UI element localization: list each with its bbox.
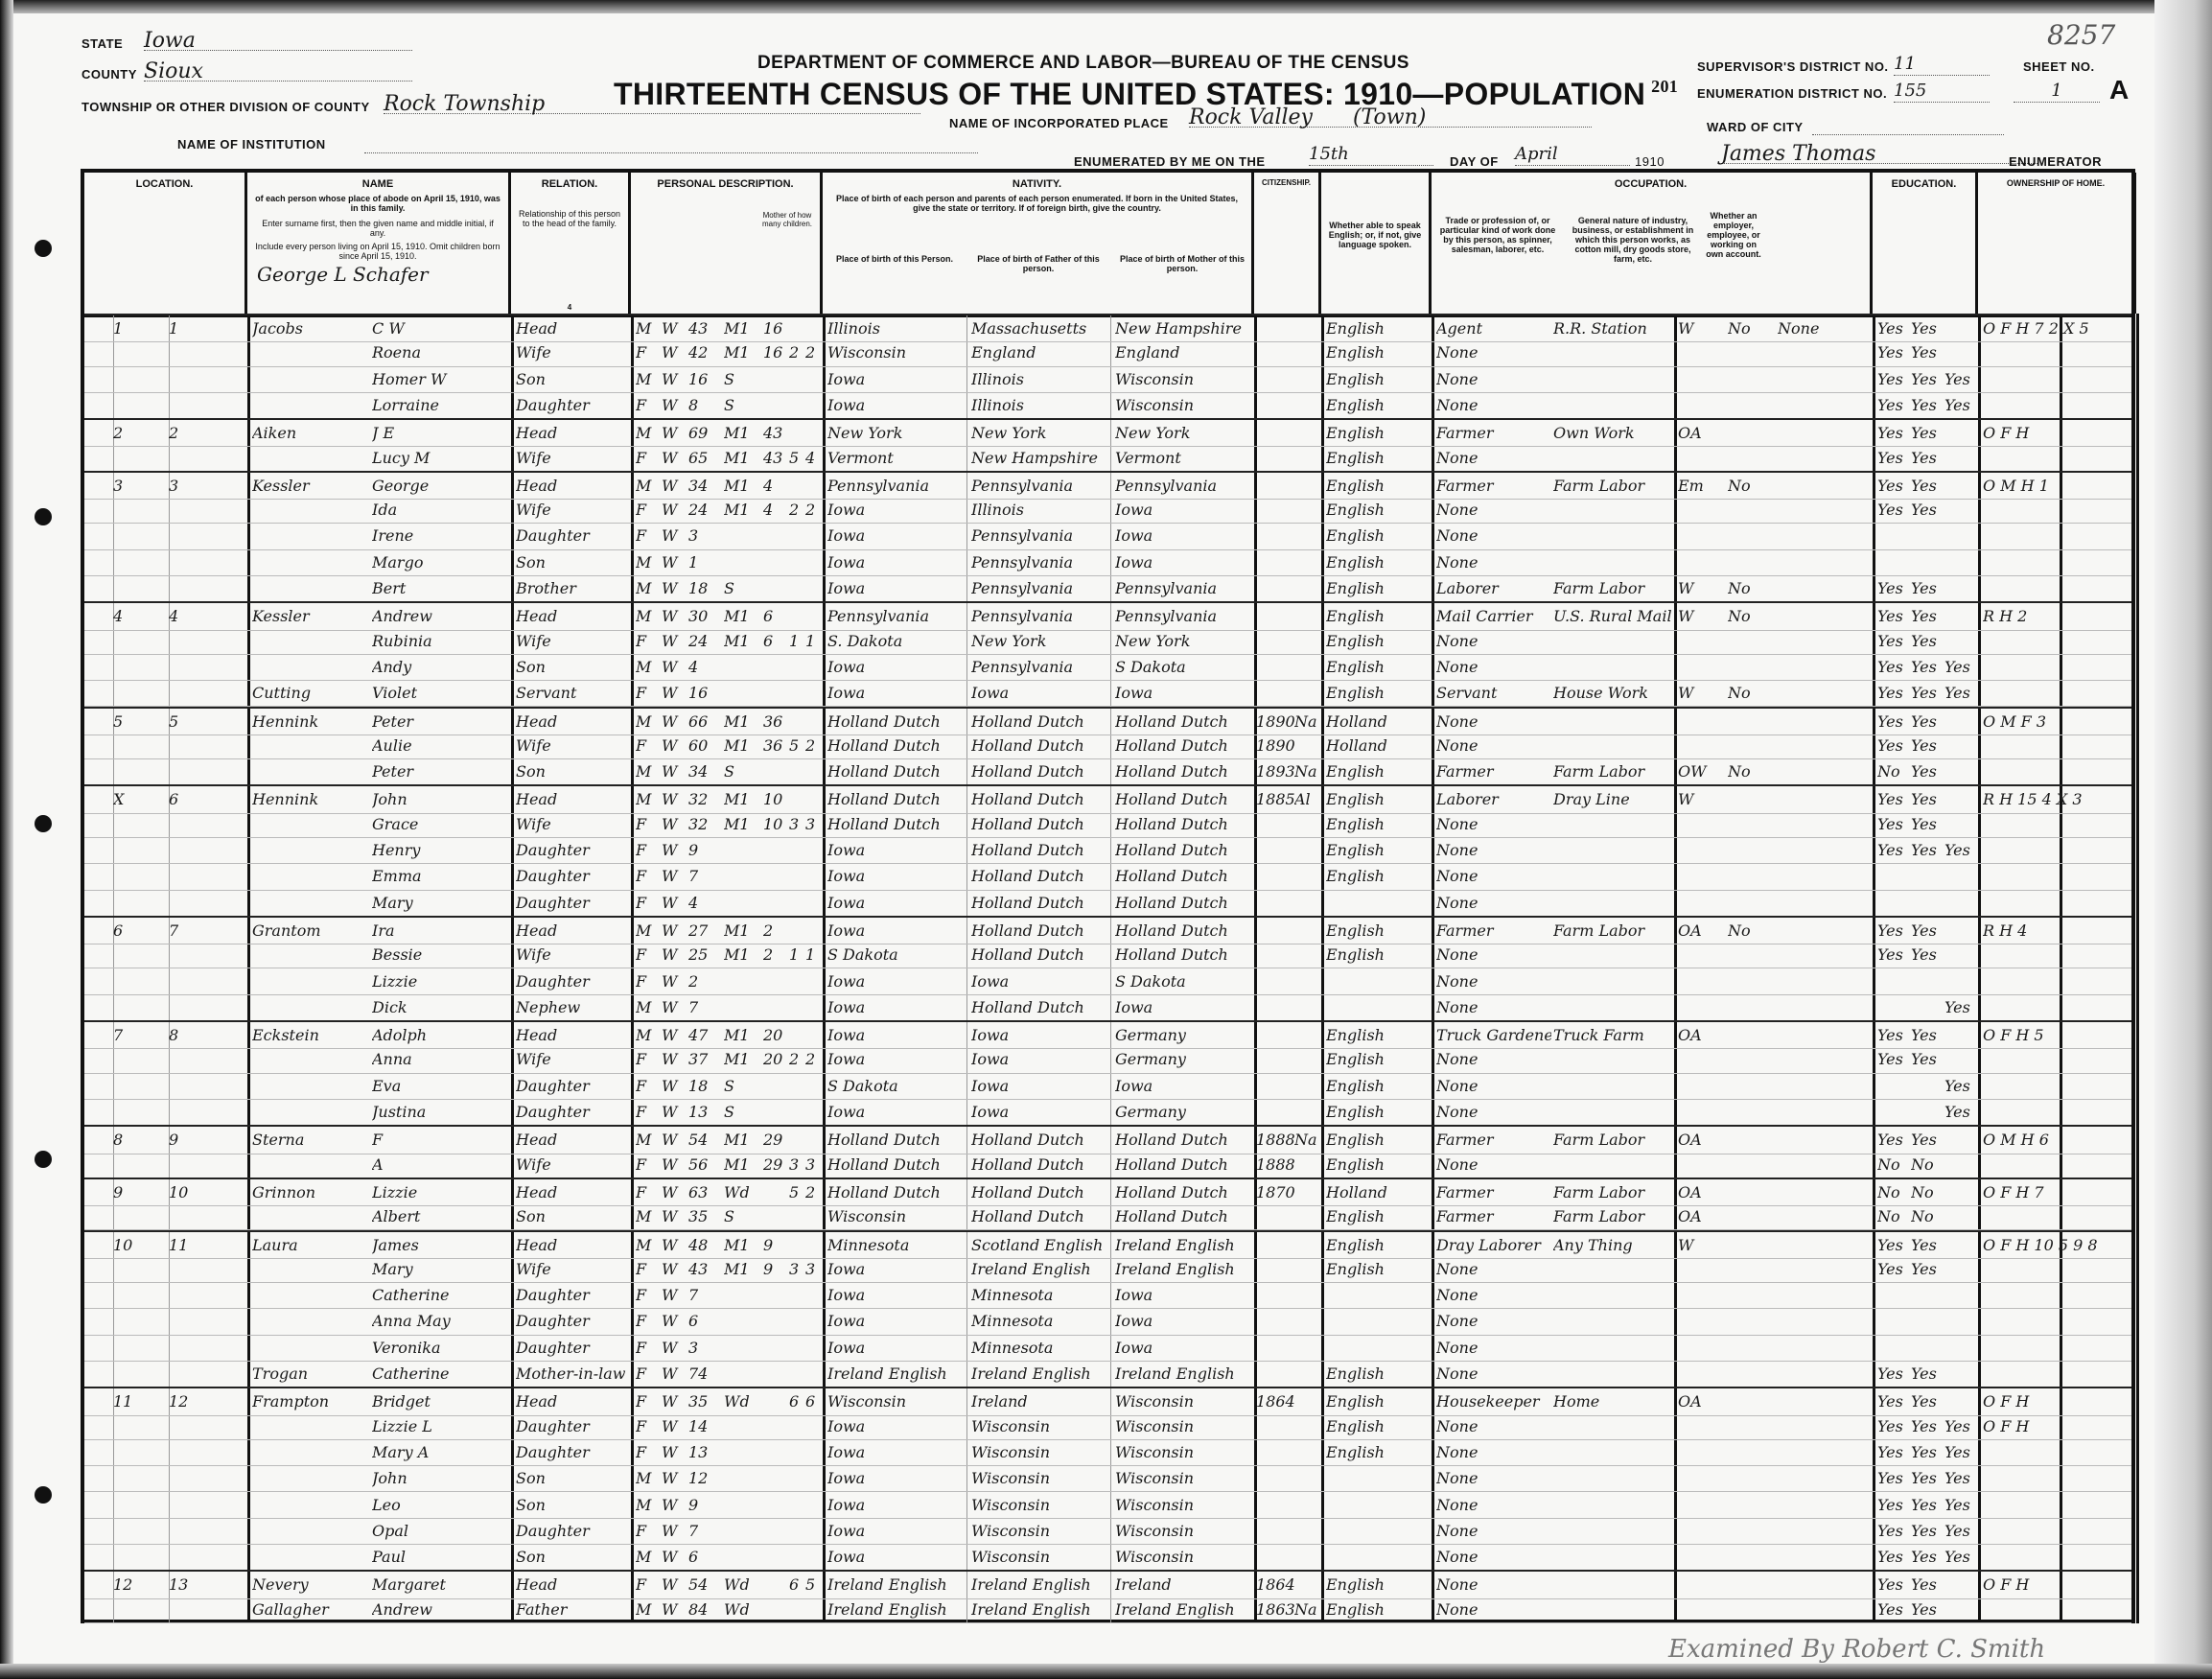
cell-age: 66 bbox=[688, 709, 722, 735]
cell-industry bbox=[1553, 1099, 1674, 1125]
cell-sex: M bbox=[636, 549, 660, 575]
cell-sex: F bbox=[636, 1179, 660, 1205]
cell-children-living bbox=[805, 1232, 820, 1258]
cell-father-birth: Holland Dutch bbox=[971, 994, 1110, 1020]
cell-own bbox=[1983, 1335, 2136, 1361]
cell-school bbox=[1944, 1282, 1978, 1308]
cell-children-living bbox=[805, 1465, 820, 1491]
cell-read bbox=[1877, 863, 1911, 889]
cell-birth: Holland Dutch bbox=[827, 1127, 966, 1153]
month-field: April bbox=[1515, 144, 1630, 166]
cell-surname: Nevery bbox=[252, 1572, 367, 1597]
cell-read: Yes bbox=[1877, 473, 1911, 499]
name-description: of each person whose place of abode on A… bbox=[247, 190, 508, 217]
table-row: 33KesslerGeorgeHeadMW34M14PennsylvaniaPe… bbox=[84, 471, 2131, 500]
cell-own: O M H 6 bbox=[1983, 1127, 2136, 1153]
cell-birth: Iowa bbox=[827, 1099, 966, 1125]
cell-birth: Iowa bbox=[827, 1046, 966, 1072]
cell-given: Lizzie L bbox=[372, 1413, 506, 1439]
cell-dwelling bbox=[113, 1046, 169, 1072]
cell-natz bbox=[1294, 863, 1321, 889]
location-group-label: LOCATION. bbox=[84, 173, 244, 190]
cell-surname: Gallagher bbox=[252, 1597, 367, 1622]
cell-read: Yes bbox=[1877, 811, 1911, 837]
cell-write bbox=[1911, 1335, 1944, 1361]
cell-children-living bbox=[805, 1492, 820, 1518]
cell-race: W bbox=[662, 392, 686, 418]
cell-out-work: No bbox=[1728, 680, 1776, 706]
enumeration-label: ENUMERATION DISTRICT NO. bbox=[1697, 86, 1887, 101]
cell-write: Yes bbox=[1911, 1572, 1944, 1597]
cell-race: W bbox=[662, 1413, 686, 1439]
cell-children-living bbox=[805, 575, 820, 601]
cell-children-born bbox=[789, 315, 803, 341]
cell-out-work bbox=[1728, 786, 1776, 812]
cell-father-birth: England bbox=[971, 339, 1110, 365]
table-row: AndySonMW4IowaPennsylvaniaS DakotaEnglis… bbox=[84, 654, 2131, 681]
supervisor-label: SUPERVISOR'S DISTRICT NO. bbox=[1697, 59, 1889, 74]
cell-out-work bbox=[1728, 837, 1776, 863]
cell-mother-birth: Iowa bbox=[1115, 680, 1254, 706]
cell-family bbox=[169, 837, 207, 863]
cell-immig: 1890 bbox=[1256, 709, 1294, 735]
cell-birth: Iowa bbox=[827, 1282, 966, 1308]
cell-write: Yes bbox=[1911, 1518, 1944, 1544]
cell-given: Veronika bbox=[372, 1335, 506, 1361]
cell-family bbox=[169, 1152, 207, 1178]
cell-immig bbox=[1256, 1518, 1294, 1544]
cell-sex: F bbox=[636, 733, 660, 758]
cell-race: W bbox=[662, 445, 686, 471]
cell-race: W bbox=[662, 1232, 686, 1258]
cell-write: Yes bbox=[1911, 339, 1944, 365]
cell-industry: Farm Labor bbox=[1553, 473, 1674, 499]
cell-marital: M1 bbox=[724, 786, 762, 812]
cell-natz bbox=[1294, 1572, 1321, 1597]
table-row: 1112FramptonBridgetHeadFW35Wd66Wisconsin… bbox=[84, 1387, 2131, 1415]
cell-trade: None bbox=[1436, 994, 1551, 1020]
cell-family bbox=[169, 1256, 207, 1282]
cell-family: 5 bbox=[169, 709, 207, 735]
cell-children-living bbox=[805, 786, 820, 812]
cell-relation: Son bbox=[516, 1203, 629, 1229]
cell-given: Andy bbox=[372, 654, 506, 680]
cell-relation: Head bbox=[516, 420, 629, 446]
cell-out-work bbox=[1728, 1572, 1776, 1597]
cell-children-born bbox=[789, 994, 803, 1020]
cell-marital: S bbox=[724, 366, 762, 392]
cell-weeks bbox=[1778, 549, 1826, 575]
cell-school bbox=[1944, 1179, 1978, 1205]
cell-children-born: 3 bbox=[789, 811, 803, 837]
cell-own bbox=[1983, 863, 2136, 889]
cell-own bbox=[1983, 733, 2136, 758]
cell-mother-birth: Iowa bbox=[1115, 549, 1254, 575]
cell-english bbox=[1326, 890, 1432, 916]
cell-natz bbox=[1294, 628, 1321, 654]
cell-own bbox=[1983, 1597, 2136, 1622]
cell-weeks bbox=[1778, 1046, 1826, 1072]
cell-english: English bbox=[1326, 420, 1432, 446]
cell-immig bbox=[1256, 1465, 1294, 1491]
cell-read bbox=[1877, 1335, 1911, 1361]
cell-sex: F bbox=[636, 523, 660, 548]
cell-dwelling: 1 bbox=[113, 315, 169, 341]
table-row: Homer WSonMW16SIowaIllinoisWisconsinEngl… bbox=[84, 366, 2131, 393]
cell-out-work bbox=[1728, 1073, 1776, 1099]
cell-given: James bbox=[372, 1232, 506, 1258]
cell-weeks bbox=[1778, 994, 1826, 1020]
cell-surname: Kessler bbox=[252, 603, 367, 629]
cell-race: W bbox=[662, 1046, 686, 1072]
cell-children-born bbox=[789, 420, 803, 446]
cell-marital: M1 bbox=[724, 473, 762, 499]
cell-relation: Daughter bbox=[516, 1282, 629, 1308]
scan-edge-right bbox=[2154, 0, 2212, 1679]
cell-read: Yes bbox=[1877, 1127, 1911, 1153]
cell-marital: S bbox=[724, 1099, 762, 1125]
cell-given: Anna May bbox=[372, 1308, 506, 1334]
cell-years-married bbox=[763, 758, 787, 784]
cell-write: Yes bbox=[1911, 1256, 1944, 1282]
cell-emp bbox=[1678, 968, 1726, 994]
cell-age: 7 bbox=[688, 1518, 722, 1544]
cell-industry bbox=[1553, 837, 1674, 863]
cell-english bbox=[1326, 1492, 1432, 1518]
cell-race: W bbox=[662, 680, 686, 706]
cell-industry: Home bbox=[1553, 1388, 1674, 1414]
cell-race: W bbox=[662, 890, 686, 916]
cell-trade: Farmer bbox=[1436, 1127, 1551, 1153]
cell-surname bbox=[252, 1203, 367, 1229]
cell-family bbox=[169, 811, 207, 837]
cell-own: O F H 5 bbox=[1983, 1022, 2136, 1048]
industry-label: General nature of industry, business, or… bbox=[1566, 216, 1700, 264]
cell-write: Yes bbox=[1911, 392, 1944, 418]
cell-race: W bbox=[662, 1179, 686, 1205]
cell-weeks bbox=[1778, 473, 1826, 499]
cell-own bbox=[1983, 968, 2136, 994]
cell-read: Yes bbox=[1877, 628, 1911, 654]
cell-birth: Holland Dutch bbox=[827, 733, 966, 758]
cell-children-born: 5 bbox=[789, 445, 803, 471]
cell-given: A bbox=[372, 1152, 506, 1178]
cell-given: Irene bbox=[372, 523, 506, 548]
table-row: CuttingVioletServantFW16IowaIowaIowaEngl… bbox=[84, 680, 2131, 707]
cell-children-living bbox=[805, 890, 820, 916]
cell-relation: Wife bbox=[516, 1152, 629, 1178]
cell-dwelling bbox=[113, 628, 169, 654]
citizenship-header: CITIZENSHIP. bbox=[1254, 173, 1321, 314]
cell-write: Yes bbox=[1911, 315, 1944, 341]
cell-own bbox=[1983, 549, 2136, 575]
education-header: EDUCATION. bbox=[1873, 173, 1978, 314]
cell-sex: F bbox=[636, 863, 660, 889]
cell-father-birth: New York bbox=[971, 420, 1110, 446]
cell-given: C W bbox=[372, 315, 506, 341]
cell-father-birth: Holland Dutch bbox=[971, 918, 1110, 944]
cell-dwelling bbox=[113, 733, 169, 758]
incorporated-place-field: Rock Valley (Town) bbox=[1189, 105, 1592, 128]
cell-out-work: No bbox=[1728, 575, 1776, 601]
name-header: NAME of each person whose place of abode… bbox=[247, 173, 511, 314]
cell-weeks bbox=[1778, 445, 1826, 471]
cell-industry: Farm Labor bbox=[1553, 758, 1674, 784]
cell-out-work bbox=[1728, 1203, 1776, 1229]
cell-trade: Farmer bbox=[1436, 1203, 1551, 1229]
cell-write: Yes bbox=[1911, 654, 1944, 680]
cell-children-born bbox=[789, 1361, 803, 1387]
cell-dwelling: 2 bbox=[113, 420, 169, 446]
location-header: LOCATION. bbox=[84, 173, 247, 314]
cell-out-work bbox=[1728, 549, 1776, 575]
cell-read bbox=[1877, 1099, 1911, 1125]
cell-age: 42 bbox=[688, 339, 722, 365]
cell-school bbox=[1944, 968, 1978, 994]
cell-given: Dick bbox=[372, 994, 506, 1020]
cell-marital bbox=[724, 994, 762, 1020]
cell-sex: F bbox=[636, 497, 660, 523]
cell-natz bbox=[1294, 315, 1321, 341]
cell-industry bbox=[1553, 890, 1674, 916]
cell-immig bbox=[1256, 1232, 1294, 1258]
cell-write bbox=[1911, 1282, 1944, 1308]
cell-relation: Head bbox=[516, 709, 629, 735]
cell-sex: M bbox=[636, 366, 660, 392]
cell-trade: Farmer bbox=[1436, 918, 1551, 944]
cell-english: English bbox=[1326, 575, 1432, 601]
cell-immig bbox=[1256, 497, 1294, 523]
cell-years-married: 16 bbox=[763, 315, 787, 341]
cell-family: 4 bbox=[169, 603, 207, 629]
cell-emp bbox=[1678, 1361, 1726, 1387]
cell-own: R H 4 bbox=[1983, 918, 2136, 944]
cell-immig bbox=[1256, 366, 1294, 392]
cell-race: W bbox=[662, 1099, 686, 1125]
cell-write: Yes bbox=[1911, 942, 1944, 968]
cell-children-living bbox=[805, 1544, 820, 1570]
cell-natz: Na bbox=[1294, 758, 1321, 784]
cell-surname bbox=[252, 1544, 367, 1570]
cell-own bbox=[1983, 1099, 2136, 1125]
cell-children-living bbox=[805, 473, 820, 499]
cell-given: Peter bbox=[372, 709, 506, 735]
cell-weeks bbox=[1778, 1256, 1826, 1282]
cell-children-born bbox=[789, 680, 803, 706]
cell-father-birth: Ireland English bbox=[971, 1361, 1110, 1387]
cell-emp: OA bbox=[1678, 918, 1726, 944]
cell-immig: 1864 bbox=[1256, 1388, 1294, 1414]
cell-children-living: 2 bbox=[805, 1179, 820, 1205]
cell-trade: None bbox=[1436, 497, 1551, 523]
cell-emp bbox=[1678, 392, 1726, 418]
cell-industry: R.R. Station bbox=[1553, 315, 1674, 341]
cell-school bbox=[1944, 1046, 1978, 1072]
cell-dwelling bbox=[113, 1282, 169, 1308]
cell-relation: Wife bbox=[516, 1046, 629, 1072]
cell-immig bbox=[1256, 603, 1294, 629]
cell-relation: Head bbox=[516, 603, 629, 629]
cell-father-birth: Wisconsin bbox=[971, 1492, 1110, 1518]
cell-industry: Dray Line bbox=[1553, 786, 1674, 812]
cell-age: 25 bbox=[688, 942, 722, 968]
cell-children-born bbox=[789, 1492, 803, 1518]
cell-out-work bbox=[1728, 1492, 1776, 1518]
cell-natz: Na bbox=[1294, 1597, 1321, 1622]
cell-family bbox=[169, 1308, 207, 1334]
cell-industry: Farm Labor bbox=[1553, 918, 1674, 944]
cell-years-married bbox=[763, 1099, 787, 1125]
cell-mother-birth: New York bbox=[1115, 420, 1254, 446]
cell-dwelling bbox=[113, 863, 169, 889]
cell-sex: F bbox=[636, 339, 660, 365]
cell-surname bbox=[252, 392, 367, 418]
cell-children-born bbox=[789, 366, 803, 392]
cell-english: English bbox=[1326, 942, 1432, 968]
cell-weeks bbox=[1778, 680, 1826, 706]
cell-race: W bbox=[662, 1597, 686, 1622]
cell-english: English bbox=[1326, 1046, 1432, 1072]
cell-sex: F bbox=[636, 1361, 660, 1387]
cell-sex: M bbox=[636, 603, 660, 629]
cell-age: 35 bbox=[688, 1388, 722, 1414]
cell-children-living bbox=[805, 1282, 820, 1308]
cell-marital bbox=[724, 863, 762, 889]
cell-surname: Laura bbox=[252, 1232, 367, 1258]
cell-children-born bbox=[789, 758, 803, 784]
cell-race: W bbox=[662, 837, 686, 863]
cell-race: W bbox=[662, 709, 686, 735]
cell-emp bbox=[1678, 1597, 1726, 1622]
cell-out-work bbox=[1728, 445, 1776, 471]
cell-english: English bbox=[1326, 1572, 1432, 1597]
cell-years-married: 43 bbox=[763, 445, 787, 471]
cell-write: Yes bbox=[1911, 758, 1944, 784]
cell-school bbox=[1944, 1335, 1978, 1361]
cell-surname bbox=[252, 994, 367, 1020]
cell-relation: Son bbox=[516, 549, 629, 575]
table-row: OpalDaughterFW7IowaWisconsinWisconsinNon… bbox=[84, 1518, 2131, 1545]
cell-marital: M1 bbox=[724, 497, 762, 523]
cell-natz bbox=[1294, 1046, 1321, 1072]
cell-children-born bbox=[789, 1308, 803, 1334]
cell-school bbox=[1944, 733, 1978, 758]
cell-industry bbox=[1553, 994, 1674, 1020]
cell-emp bbox=[1678, 523, 1726, 548]
cell-family bbox=[169, 890, 207, 916]
cell-english: English bbox=[1326, 315, 1432, 341]
cell-marital bbox=[724, 1518, 762, 1544]
cell-given: Emma bbox=[372, 863, 506, 889]
cell-read: No bbox=[1877, 1203, 1911, 1229]
cell-own bbox=[1983, 1203, 2136, 1229]
cell-years-married bbox=[763, 1518, 787, 1544]
cell-given: Margaret bbox=[372, 1572, 506, 1597]
cell-race: W bbox=[662, 1544, 686, 1570]
cell-age: 35 bbox=[688, 1203, 722, 1229]
corner-number: 8257 bbox=[2047, 19, 2115, 51]
cell-family bbox=[169, 339, 207, 365]
cell-given: Opal bbox=[372, 1518, 506, 1544]
cell-children-born: 1 bbox=[789, 942, 803, 968]
cell-children-living bbox=[805, 863, 820, 889]
cell-english bbox=[1326, 1282, 1432, 1308]
cell-relation: Head bbox=[516, 315, 629, 341]
personal-group-label: PERSONAL DESCRIPTION. bbox=[631, 173, 820, 190]
cell-trade: None bbox=[1436, 1073, 1551, 1099]
cell-industry bbox=[1553, 709, 1674, 735]
cell-emp bbox=[1678, 1335, 1726, 1361]
cell-age: 18 bbox=[688, 575, 722, 601]
table-row: AulieWifeFW60M13652Holland DutchHolland … bbox=[84, 733, 2131, 759]
cell-mother-birth: Wisconsin bbox=[1115, 1413, 1254, 1439]
cell-surname bbox=[252, 549, 367, 575]
cell-years-married: 10 bbox=[763, 811, 787, 837]
cell-children-born: 3 bbox=[789, 1152, 803, 1178]
cell-industry bbox=[1553, 1572, 1674, 1597]
cell-mother-birth: Ireland English bbox=[1115, 1256, 1254, 1282]
cell-marital bbox=[724, 968, 762, 994]
cell-years-married bbox=[763, 1361, 787, 1387]
cell-english: English bbox=[1326, 758, 1432, 784]
cell-marital bbox=[724, 1413, 762, 1439]
cell-given: Roena bbox=[372, 339, 506, 365]
cell-natz bbox=[1294, 1308, 1321, 1334]
cell-family bbox=[169, 1413, 207, 1439]
cell-marital bbox=[724, 1544, 762, 1570]
cell-father-birth: Holland Dutch bbox=[971, 733, 1110, 758]
cell-years-married: 36 bbox=[763, 733, 787, 758]
cell-marital: S bbox=[724, 1073, 762, 1099]
cell-immig bbox=[1256, 1099, 1294, 1125]
cell-write: Yes bbox=[1911, 445, 1944, 471]
cell-relation: Father bbox=[516, 1597, 629, 1622]
cell-relation: Head bbox=[516, 473, 629, 499]
cell-relation: Daughter bbox=[516, 890, 629, 916]
cell-sex: F bbox=[636, 1439, 660, 1465]
sheet-number-field: 1 bbox=[2014, 81, 2100, 103]
cell-birth: Iowa bbox=[827, 837, 966, 863]
cell-school: Yes bbox=[1944, 366, 1978, 392]
cell-immig bbox=[1256, 392, 1294, 418]
cell-industry bbox=[1553, 1282, 1674, 1308]
cell-children-born bbox=[789, 709, 803, 735]
cell-marital: M1 bbox=[724, 811, 762, 837]
cell-weeks bbox=[1778, 497, 1826, 523]
cell-emp bbox=[1678, 1099, 1726, 1125]
cell-trade: Laborer bbox=[1436, 575, 1551, 601]
cell-race: W bbox=[662, 994, 686, 1020]
cell-family bbox=[169, 1544, 207, 1570]
county-label: COUNTY bbox=[81, 67, 137, 82]
cell-surname: Hennink bbox=[252, 709, 367, 735]
cell-given: Lizzie bbox=[372, 1179, 506, 1205]
cell-mother-birth: Pennsylvania bbox=[1115, 575, 1254, 601]
cell-emp bbox=[1678, 1492, 1726, 1518]
citizenship-group-label: CITIZENSHIP. bbox=[1254, 173, 1318, 187]
cell-surname bbox=[252, 863, 367, 889]
cell-relation: Brother bbox=[516, 575, 629, 601]
cell-age: 24 bbox=[688, 628, 722, 654]
cell-children-living: 2 bbox=[805, 733, 820, 758]
cell-given: George bbox=[372, 473, 506, 499]
cell-surname bbox=[252, 1518, 367, 1544]
cell-write: Yes bbox=[1911, 1388, 1944, 1414]
cell-surname bbox=[252, 654, 367, 680]
cell-father-birth: Ireland English bbox=[971, 1572, 1110, 1597]
cell-years-married bbox=[763, 1572, 787, 1597]
cell-weeks bbox=[1778, 863, 1826, 889]
